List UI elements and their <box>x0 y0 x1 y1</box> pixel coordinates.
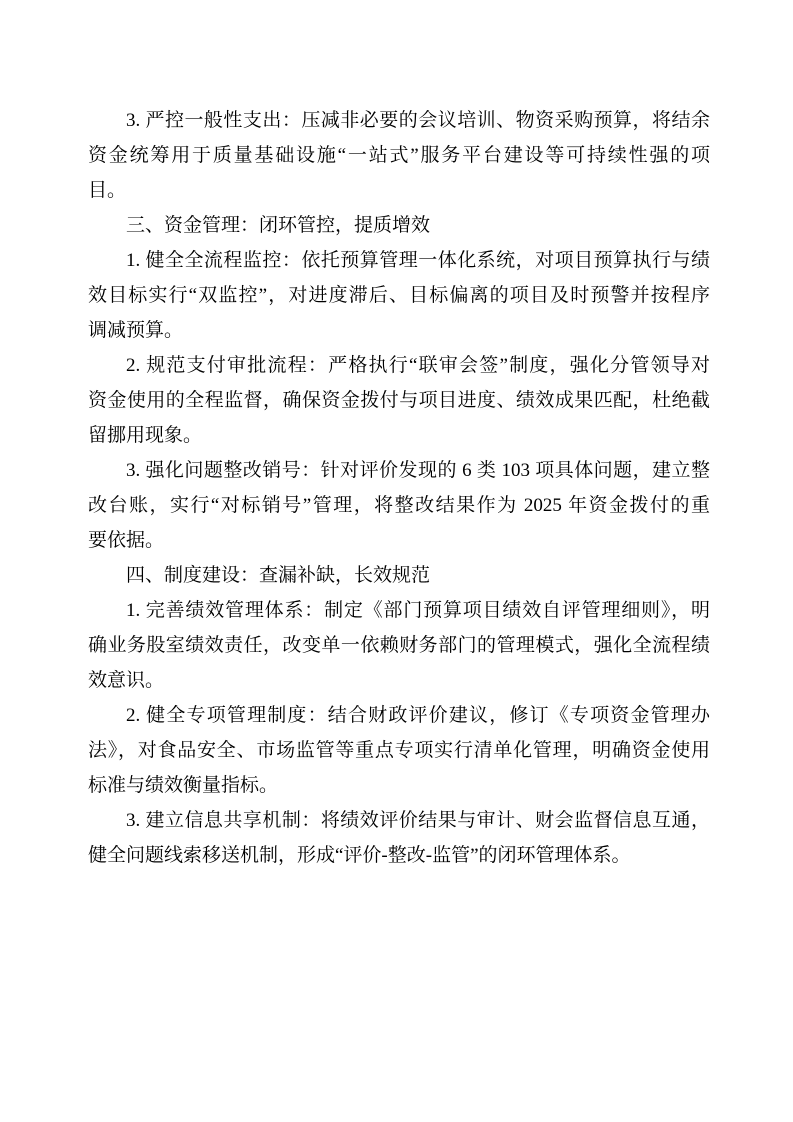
body-paragraph: 1. 完善绩效管理体系：制定《部门预算项目绩效自评管理细则》，明确业务股室绩效责… <box>88 593 710 698</box>
text-line: 调减预算。 <box>88 313 710 348</box>
section-heading: 三、资金管理：闭环管控，提质增效 <box>88 208 710 243</box>
document-content: 3. 严控一般性支出：压减非必要的会议培训、物资采购预算，将结余资金统筹用于质量… <box>0 0 793 873</box>
text-line: 3. 严控一般性支出：压减非必要的会议培训、物资采购预算，将结余 <box>88 103 710 138</box>
text-line: 资金统筹用于质量基础设施“一站式”服务平台建设等可持续性强的项 <box>88 138 710 173</box>
text-line: 3. 建立信息共享机制：将绩效评价结果与审计、财会监督信息互通， <box>88 803 710 838</box>
text-line: 改台账，实行“对标销号”管理，将整改结果作为 2025 年资金拨付的重 <box>88 488 710 523</box>
text-line: 标准与绩效衡量指标。 <box>88 768 710 803</box>
text-line: 2. 健全专项管理制度：结合财政评价建议，修订《专项资金管理办 <box>88 698 710 733</box>
document-page: 3. 严控一般性支出：压减非必要的会议培训、物资采购预算，将结余资金统筹用于质量… <box>0 0 793 1122</box>
text-line: 3. 强化问题整改销号：针对评价发现的 6 类 103 项具体问题，建立整 <box>88 453 710 488</box>
body-paragraph: 3. 建立信息共享机制：将绩效评价结果与审计、财会监督信息互通，健全问题线索移送… <box>88 803 710 873</box>
text-line: 1. 健全全流程监控：依托预算管理一体化系统，对项目预算执行与绩 <box>88 243 710 278</box>
text-line: 2. 规范支付审批流程：严格执行“联审会签”制度，强化分管领导对 <box>88 348 710 383</box>
text-line: 1. 完善绩效管理体系：制定《部门预算项目绩效自评管理细则》，明 <box>88 593 710 628</box>
body-paragraph: 3. 严控一般性支出：压减非必要的会议培训、物资采购预算，将结余资金统筹用于质量… <box>88 103 710 208</box>
text-line: 效意识。 <box>88 663 710 698</box>
text-line: 留挪用现象。 <box>88 418 710 453</box>
text-line: 健全问题线索移送机制，形成“评价-整改-监管”的闭环管理体系。 <box>88 838 710 873</box>
text-line: 目。 <box>88 173 710 208</box>
heading-text-line: 四、制度建设：查漏补缺，长效规范 <box>88 558 710 593</box>
body-paragraph: 2. 规范支付审批流程：严格执行“联审会签”制度，强化分管领导对资金使用的全程监… <box>88 348 710 453</box>
heading-text-line: 三、资金管理：闭环管控，提质增效 <box>88 208 710 243</box>
body-paragraph: 1. 健全全流程监控：依托预算管理一体化系统，对项目预算执行与绩效目标实行“双监… <box>88 243 710 348</box>
text-line: 确业务股室绩效责任，改变单一依赖财务部门的管理模式，强化全流程绩 <box>88 628 710 663</box>
body-paragraph: 3. 强化问题整改销号：针对评价发现的 6 类 103 项具体问题，建立整改台账… <box>88 453 710 558</box>
text-line: 要依据。 <box>88 523 710 558</box>
body-paragraph: 2. 健全专项管理制度：结合财政评价建议，修订《专项资金管理办法》，对食品安全、… <box>88 698 710 803</box>
text-line: 效目标实行“双监控”，对进度滞后、目标偏离的项目及时预警并按程序 <box>88 278 710 313</box>
text-line: 资金使用的全程监督，确保资金拨付与项目进度、绩效成果匹配，杜绝截 <box>88 383 710 418</box>
section-heading: 四、制度建设：查漏补缺，长效规范 <box>88 558 710 593</box>
text-line: 法》，对食品安全、市场监管等重点专项实行清单化管理，明确资金使用 <box>88 733 710 768</box>
